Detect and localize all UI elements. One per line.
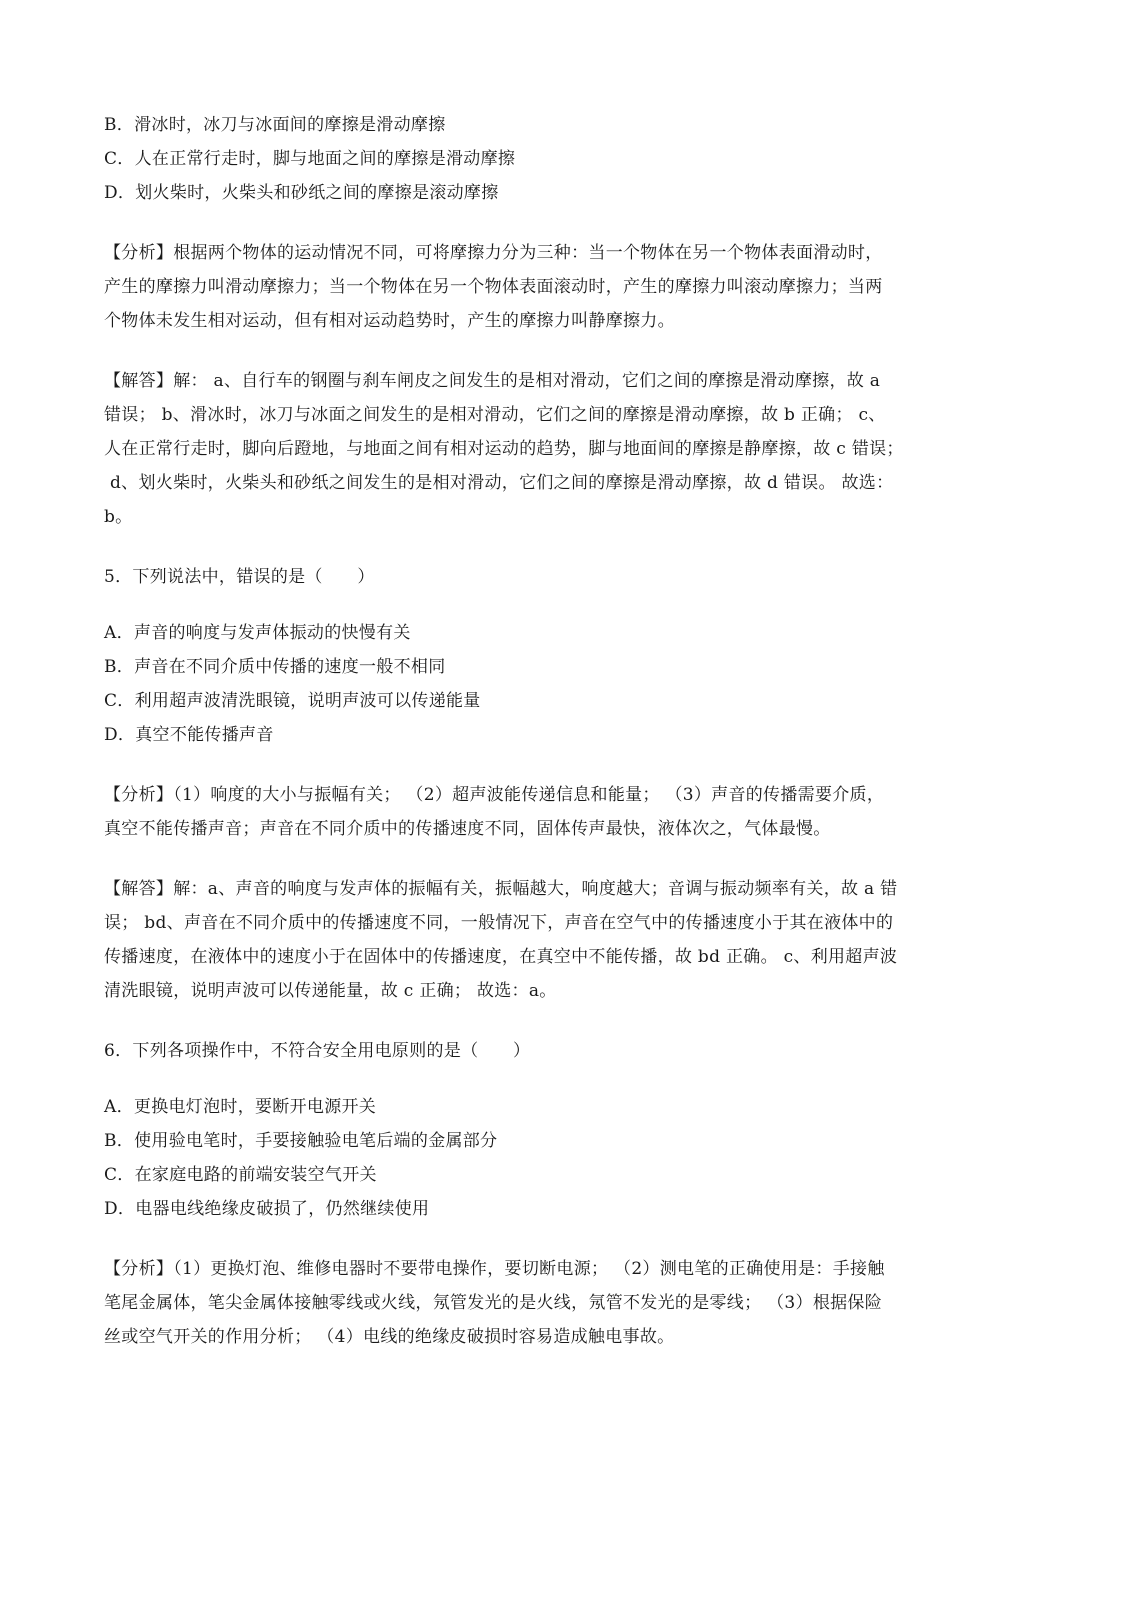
option-letter: C． bbox=[104, 1165, 135, 1185]
q4-option-b: B．滑冰时，冰刀与冰面间的摩擦是滑动摩擦 bbox=[104, 108, 1024, 142]
q6-stem: 6．下列各项操作中，不符合安全用电原则的是（ ） bbox=[104, 1034, 1024, 1068]
analysis-line: 产生的摩擦力叫滑动摩擦力；当一个物体在另一个物体表面滚动时，产生的摩擦力叫滚动摩… bbox=[104, 270, 1024, 304]
option-text: 电器电线绝缘皮破损了，仍然继续使用 bbox=[135, 1199, 429, 1219]
solution-line: 清洗眼镜，说明声波可以传递能量，故 c 正确； 故选：a。 bbox=[104, 974, 1024, 1008]
q5-option-d: D．真空不能传播声音 bbox=[104, 718, 1024, 752]
analysis-text: （1）更换灯泡、维修电器时不要带电操作，要切断电源； （2）测电笔的正确使用是：… bbox=[173, 1259, 884, 1279]
solution-line: 传播速度，在液体中的速度小于在固体中的传播速度，在真空中不能传播，故 bd 正确… bbox=[104, 940, 1024, 974]
q5-solution: 【解答】解：a、声音的响度与发声体的振幅有关，振幅越大，响度越大；音调与振动频率… bbox=[104, 872, 1024, 1008]
q4-analysis: 【分析】根据两个物体的运动情况不同，可将摩擦力分为三种：当一个物体在另一个物体表… bbox=[104, 236, 1024, 338]
option-letter: A． bbox=[104, 1097, 134, 1117]
q5-option-c: C．利用超声波清洗眼镜，说明声波可以传递能量 bbox=[104, 684, 1024, 718]
analysis-text: （1）响度的大小与振幅有关； （2）超声波能传递信息和能量； （3）声音的传播需… bbox=[173, 785, 884, 805]
analysis-line: 真空不能传播声音；声音在不同介质中的传播速度不同，固体传声最快，液体次之，气体最… bbox=[104, 812, 1024, 846]
solution-line: 人在正常行走时，脚向后蹬地，与地面之间有相对运动的趋势，脚与地面间的摩擦是静摩擦… bbox=[104, 432, 1024, 466]
option-text: 使用验电笔时，手要接触验电笔后端的金属部分 bbox=[134, 1131, 497, 1151]
option-letter: D． bbox=[104, 1199, 135, 1219]
option-text: 人在正常行走时，脚与地面之间的摩擦是滑动摩擦 bbox=[135, 149, 516, 169]
option-letter: D． bbox=[104, 725, 135, 745]
q6-option-a: A．更换电灯泡时，要断开电源开关 bbox=[104, 1090, 1024, 1124]
analysis-tag: 【分析】 bbox=[104, 243, 173, 263]
q5-option-a: A．声音的响度与发声体振动的快慢有关 bbox=[104, 616, 1024, 650]
option-letter: A． bbox=[104, 623, 134, 643]
q6-analysis: 【分析】（1）更换灯泡、维修电器时不要带电操作，要切断电源； （2）测电笔的正确… bbox=[104, 1252, 1024, 1354]
option-letter: B． bbox=[104, 115, 134, 135]
solution-line: d、划火柴时，火柴头和砂纸之间发生的是相对滑动，它们之间的摩擦是滑动摩擦，故 d… bbox=[104, 466, 1024, 500]
q5-option-b: B．声音在不同介质中传播的速度一般不相同 bbox=[104, 650, 1024, 684]
document-page: B．滑冰时，冰刀与冰面间的摩擦是滑动摩擦 C．人在正常行走时，脚与地面之间的摩擦… bbox=[104, 108, 1024, 1354]
solution-line: 【解答】解：a、声音的响度与发声体的振幅有关，振幅越大，响度越大；音调与振动频率… bbox=[104, 872, 1024, 906]
solution-text: 解： a、自行车的钢圈与刹车闸皮之间发生的是相对滑动，它们之间的摩擦是滑动摩擦，… bbox=[173, 371, 880, 391]
option-letter: D． bbox=[104, 183, 135, 203]
solution-tag: 【解答】 bbox=[104, 879, 173, 899]
q4-option-d: D．划火柴时，火柴头和砂纸之间的摩擦是滚动摩擦 bbox=[104, 176, 1024, 210]
option-letter: C． bbox=[104, 691, 135, 711]
solution-line: b。 bbox=[104, 500, 1024, 534]
q6-option-b: B．使用验电笔时，手要接触验电笔后端的金属部分 bbox=[104, 1124, 1024, 1158]
option-text: 在家庭电路的前端安装空气开关 bbox=[135, 1165, 377, 1185]
option-letter: B． bbox=[104, 1131, 134, 1151]
option-text: 更换电灯泡时，要断开电源开关 bbox=[134, 1097, 376, 1117]
q5-stem: 5．下列说法中，错误的是（ ） bbox=[104, 560, 1024, 594]
q5: 5．下列说法中，错误的是（ ） A．声音的响度与发声体振动的快慢有关 B．声音在… bbox=[104, 560, 1024, 752]
option-letter: B． bbox=[104, 657, 134, 677]
analysis-line: 笔尾金属体，笔尖金属体接触零线或火线，氖管发光的是火线，氖管不发光的是零线； （… bbox=[104, 1286, 1024, 1320]
analysis-line: 【分析】（1）更换灯泡、维修电器时不要带电操作，要切断电源； （2）测电笔的正确… bbox=[104, 1252, 1024, 1286]
q4-option-c: C．人在正常行走时，脚与地面之间的摩擦是滑动摩擦 bbox=[104, 142, 1024, 176]
q5-analysis: 【分析】（1）响度的大小与振幅有关； （2）超声波能传递信息和能量； （3）声音… bbox=[104, 778, 1024, 846]
solution-line: 【解答】解： a、自行车的钢圈与刹车闸皮之间发生的是相对滑动，它们之间的摩擦是滑… bbox=[104, 364, 1024, 398]
solution-text: 解：a、声音的响度与发声体的振幅有关，振幅越大，响度越大；音调与振动频率有关，故… bbox=[173, 879, 897, 899]
option-text: 滑冰时，冰刀与冰面间的摩擦是滑动摩擦 bbox=[134, 115, 445, 135]
analysis-line: 个物体未发生相对运动，但有相对运动趋势时，产生的摩擦力叫静摩擦力。 bbox=[104, 304, 1024, 338]
option-text: 声音在不同介质中传播的速度一般不相同 bbox=[134, 657, 445, 677]
analysis-line: 【分析】（1）响度的大小与振幅有关； （2）超声波能传递信息和能量； （3）声音… bbox=[104, 778, 1024, 812]
option-text: 划火柴时，火柴头和砂纸之间的摩擦是滚动摩擦 bbox=[135, 183, 498, 203]
q4-solution: 【解答】解： a、自行车的钢圈与刹车闸皮之间发生的是相对滑动，它们之间的摩擦是滑… bbox=[104, 364, 1024, 534]
option-text: 声音的响度与发声体振动的快慢有关 bbox=[134, 623, 411, 643]
q4-options: B．滑冰时，冰刀与冰面间的摩擦是滑动摩擦 C．人在正常行走时，脚与地面之间的摩擦… bbox=[104, 108, 1024, 210]
option-text: 真空不能传播声音 bbox=[135, 725, 273, 745]
analysis-text: 根据两个物体的运动情况不同，可将摩擦力分为三种：当一个物体在另一个物体表面滑动时… bbox=[173, 243, 882, 263]
solution-line: 错误； b、滑冰时，冰刀与冰面之间发生的是相对滑动，它们之间的摩擦是滑动摩擦，故… bbox=[104, 398, 1024, 432]
option-text: 利用超声波清洗眼镜，说明声波可以传递能量 bbox=[135, 691, 481, 711]
q6-option-d: D．电器电线绝缘皮破损了，仍然继续使用 bbox=[104, 1192, 1024, 1226]
solution-tag: 【解答】 bbox=[104, 371, 173, 391]
option-letter: C． bbox=[104, 149, 135, 169]
analysis-line: 丝或空气开关的作用分析； （4）电线的绝缘皮破损时容易造成触电事故。 bbox=[104, 1320, 1024, 1354]
analysis-tag: 【分析】 bbox=[104, 1259, 173, 1279]
q6-option-c: C．在家庭电路的前端安装空气开关 bbox=[104, 1158, 1024, 1192]
q6: 6．下列各项操作中，不符合安全用电原则的是（ ） A．更换电灯泡时，要断开电源开… bbox=[104, 1034, 1024, 1226]
analysis-tag: 【分析】 bbox=[104, 785, 173, 805]
solution-line: 误； bd、声音在不同介质中的传播速度不同，一般情况下，声音在空气中的传播速度小… bbox=[104, 906, 1024, 940]
analysis-line: 【分析】根据两个物体的运动情况不同，可将摩擦力分为三种：当一个物体在另一个物体表… bbox=[104, 236, 1024, 270]
